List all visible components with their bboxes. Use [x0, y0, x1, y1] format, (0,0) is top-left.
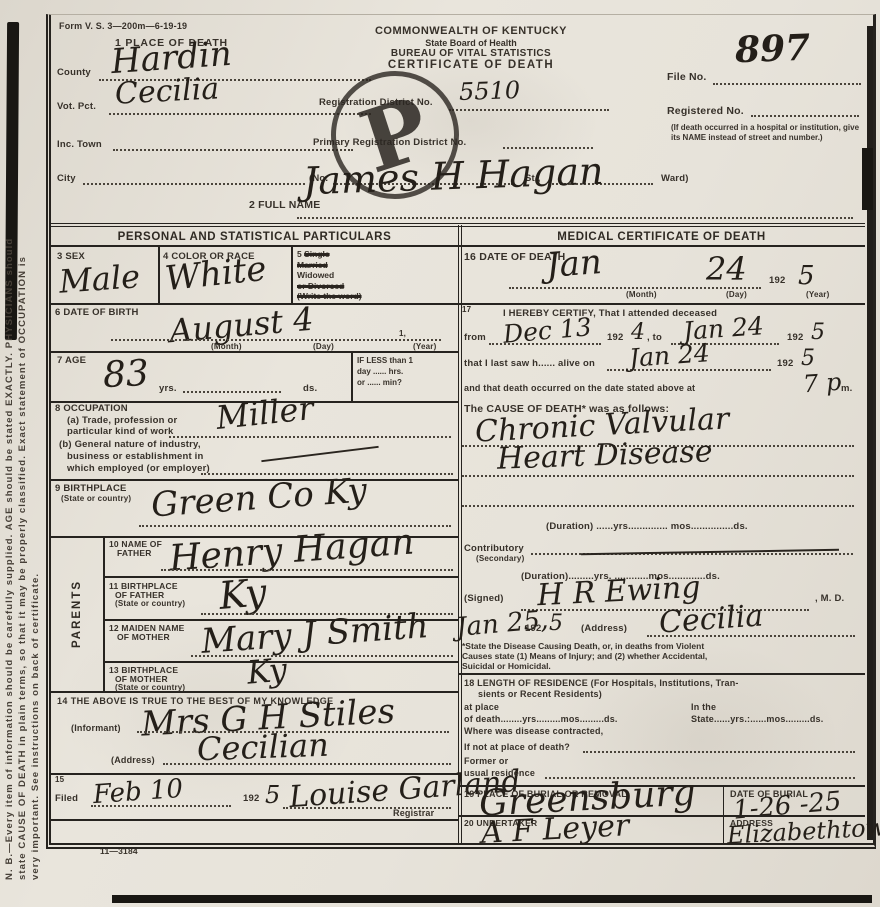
father-birthplace-sub: (State or country): [115, 599, 185, 608]
footnote-line2: Causes state (1) Means of Injury; and (2…: [462, 651, 860, 661]
date-of-death-day: 24: [706, 253, 747, 285]
mother-name-label2: OF MOTHER: [117, 632, 170, 642]
registrar-label: Registrar: [393, 808, 434, 818]
marital-status-options: 5 Single Married Widowed or Divorced (Wr…: [297, 249, 362, 302]
file-no-line: [713, 83, 861, 85]
date-of-death-month: Jan: [545, 245, 603, 283]
age-less-line1: IF LESS than 1: [357, 355, 413, 366]
certificate-title: CERTIFICATE OF DEATH: [306, 59, 636, 72]
date-of-death-year: 5: [798, 263, 815, 289]
residence-label-1: 18 LENGTH OF RESIDENCE (For Hospitals, I…: [464, 678, 739, 688]
inc-town-line: [113, 149, 353, 151]
if-not-label: If not at place of death?: [464, 742, 570, 752]
registered-no-label: Registered No.: [667, 105, 744, 117]
county-label: County: [57, 67, 91, 78]
occupation-b-label2: business or establishment in: [67, 451, 204, 462]
occupation-a-value: Miller: [215, 392, 316, 434]
certify-number: 17: [462, 305, 471, 314]
race-value: White: [164, 252, 269, 296]
from-year-value: 4: [631, 322, 645, 344]
death-certificate-scan: N. B.—Every item of information should b…: [0, 0, 880, 907]
registered-no-line: [751, 115, 859, 117]
father-name-line: [161, 569, 453, 571]
cause-blank-rule: [462, 505, 854, 507]
usual-residence-label: usual residence: [464, 768, 535, 778]
filed-number: 15: [55, 775, 64, 784]
certificate-form: Form V. S. 3—200m—6-19-19 1 PLACE OF DEA…: [46, 14, 876, 849]
scanner-edge-bar-bottom: [112, 895, 872, 903]
birthplace-sub-label: (State or country): [61, 494, 131, 503]
precinct-line: [109, 113, 371, 115]
bureau-title: BUREAU OF VITAL STATISTICS: [306, 48, 636, 60]
birthplace-label: 9 BIRTHPLACE: [55, 483, 127, 494]
cause-line2-value: Heart Disease: [497, 437, 713, 475]
undertaker-value: A F Leyer: [480, 811, 630, 849]
age-less-line2: day ...... hrs.: [357, 366, 413, 377]
column-divider: [458, 225, 462, 843]
form-number: Form V. S. 3—200m—6-19-19: [59, 21, 187, 31]
precinct-label: Vot. Pct.: [57, 101, 96, 112]
filed-date-line: [91, 805, 231, 807]
signed-address-value: Cecilia: [658, 601, 764, 638]
race-marital-divider: [291, 247, 293, 303]
former-label: Former or: [464, 756, 508, 766]
filed-date-value: Feb 10: [92, 776, 184, 808]
last-year-value: 5: [801, 348, 815, 370]
occupation-a-label1: (a) Trade, profession or: [67, 415, 177, 426]
dob-year-label: (Year): [413, 342, 436, 351]
informant-address-line: [163, 763, 451, 765]
to-year-value: 5: [811, 322, 825, 344]
signed-year-value: 5: [549, 613, 563, 635]
death-time-m-label: m.: [841, 383, 853, 394]
filed-year-printed: 192: [243, 793, 259, 804]
state-duration: State......yrs.:......mos.........ds.: [691, 714, 823, 724]
commonwealth-title: COMMONWEALTH OF KENTUCKY: [306, 25, 636, 38]
margin-note-line-2: state CAUSE OF DEATH in plain terms, so …: [17, 256, 28, 880]
mother-birthplace-sub: (State or country): [115, 683, 185, 692]
parents-group-label-box: PARENTS: [51, 536, 103, 691]
age-sub-divider: [351, 351, 353, 401]
cause-line2-rule: [462, 475, 854, 477]
mother-name-line: [191, 655, 453, 657]
burial-divider: [723, 785, 724, 843]
dob-day-label: (Day): [313, 342, 334, 351]
informant-address-value: Cecilian: [196, 729, 329, 766]
disease-contracted-label: Where was disease contracted,: [464, 726, 603, 736]
sex-race-divider: [158, 247, 160, 303]
father-name-label2: FATHER: [117, 548, 152, 558]
reg-district-value: 5510: [459, 78, 521, 104]
mother-birthplace-value: Ky: [246, 653, 289, 688]
dob-line: [111, 339, 441, 341]
signed-address-line: [647, 635, 855, 637]
board-title: State Board of Health: [306, 38, 636, 48]
parents-line-1: [103, 576, 458, 578]
footnote-divider: [458, 673, 865, 675]
footnote-line3: Suicidal or Homicidal.: [462, 661, 860, 671]
occupation-b-dash: [261, 446, 378, 462]
in-the-label: In the: [691, 702, 716, 712]
precinct-value: Cecilia: [114, 74, 220, 109]
margin-note-line-1: N. B.—Every item of information should b…: [4, 238, 15, 880]
marital-divorced: or Divorced: [297, 281, 362, 292]
footnote-line1: *State the Disease Causing Death, or, in…: [462, 641, 860, 651]
row-line-2: [51, 351, 458, 353]
age-yrs-label: yrs.: [159, 383, 177, 394]
informant-label: (Informant): [71, 723, 121, 733]
attended-from-label: from: [464, 332, 486, 343]
sex-value: Male: [58, 260, 141, 298]
city-label: City: [57, 173, 76, 184]
city-line: [83, 183, 305, 185]
last-year-printed: 192: [777, 358, 793, 369]
signed-address-label: (Address): [581, 623, 627, 634]
marital-married: Married: [297, 260, 362, 271]
to-year-printed: 192: [787, 332, 803, 343]
last-saw-value: Jan 24: [628, 340, 710, 371]
occupation-b-label1: (b) General nature of industry,: [59, 439, 201, 450]
full-name-value: James H Hagan: [302, 152, 604, 200]
age-label: 7 AGE: [57, 355, 86, 366]
informant-address-label: (Address): [111, 755, 155, 765]
cause-footnote: *State the Disease Causing Death, or, in…: [462, 641, 860, 671]
occupation-label: 8 OCCUPATION: [55, 403, 128, 414]
signed-label: (Signed): [464, 593, 504, 604]
margin-note-line-3: very important. See instructions on back…: [30, 573, 41, 880]
hospital-note: (If death occurred in a hospital or inst…: [671, 123, 863, 142]
duration-label-1: (Duration) ......yrs.............. mos..…: [546, 521, 748, 532]
marital-single: Single: [304, 249, 330, 259]
undertaker-address-value: Elizabethtown: [726, 814, 880, 847]
age-value: 83: [102, 356, 150, 394]
marital-widowed: Widowed: [297, 270, 362, 281]
row-line-1: [51, 303, 865, 305]
ward-label: Ward): [661, 173, 689, 184]
occupation-b-label3: which employed (or employer): [67, 463, 210, 474]
from-year-printed: 192: [607, 332, 623, 343]
dod-year-label: (Year): [806, 290, 829, 299]
death-occurred-label: and that death occurred on the date stat…: [464, 383, 695, 393]
personal-section-title: PERSONAL AND STATISTICAL PARTICULARS: [51, 231, 458, 243]
father-birthplace-value: Ky: [217, 573, 268, 615]
medical-section-title: MEDICAL CERTIFICATE OF DEATH: [458, 231, 865, 243]
dod-month-label: (Month): [626, 290, 657, 299]
occupation-a-line: [169, 436, 451, 438]
death-time-value: 7 p: [802, 370, 842, 397]
filed-label: Filed: [55, 793, 78, 804]
agency-heading: COMMONWEALTH OF KENTUCKY State Board of …: [306, 25, 636, 73]
dob-label: 6 DATE OF BIRTH: [55, 307, 139, 318]
parents-label: PARENTS: [71, 579, 83, 647]
full-name-line: [297, 217, 853, 219]
date-of-death-line: [509, 287, 761, 289]
secondary-label: (Secondary): [476, 554, 524, 563]
attended-from-value: Dec 13: [502, 314, 592, 347]
contributory-label: Contributory: [464, 543, 524, 554]
file-no-label: File No.: [667, 71, 707, 83]
reg-district-line: [449, 109, 609, 111]
filed-year-value: 5: [265, 783, 280, 807]
if-not-line: [583, 751, 855, 753]
signed-year-printed: 192: [525, 623, 541, 634]
row-line-8: [51, 819, 458, 821]
of-death-duration: of death........yrs.........mos.........…: [464, 714, 618, 724]
dob-month-label: (Month): [211, 342, 242, 351]
occupation-a-label2: particular kind of work: [67, 426, 173, 437]
inc-town-label: Inc. Town: [57, 139, 102, 150]
date-of-death-year-printed: 192: [769, 275, 785, 286]
md-label: , M. D.: [815, 593, 844, 604]
dob-year-hint: 1,: [399, 329, 406, 338]
last-saw-label: that I last saw h...... alive on: [464, 358, 595, 369]
row-line-6: [51, 691, 458, 693]
parents-divider: [103, 536, 105, 691]
dod-day-label: (Day): [726, 290, 747, 299]
age-less-line3: or ...... min?: [357, 377, 413, 388]
at-place-label: at place: [464, 702, 499, 712]
residence-label-2: sients or Recent Residents): [478, 689, 602, 699]
file-no-value: 897: [734, 30, 810, 69]
marital-number: 5: [297, 249, 302, 259]
age-less-than-note: IF LESS than 1 day ...... hrs. or ......…: [357, 355, 413, 388]
